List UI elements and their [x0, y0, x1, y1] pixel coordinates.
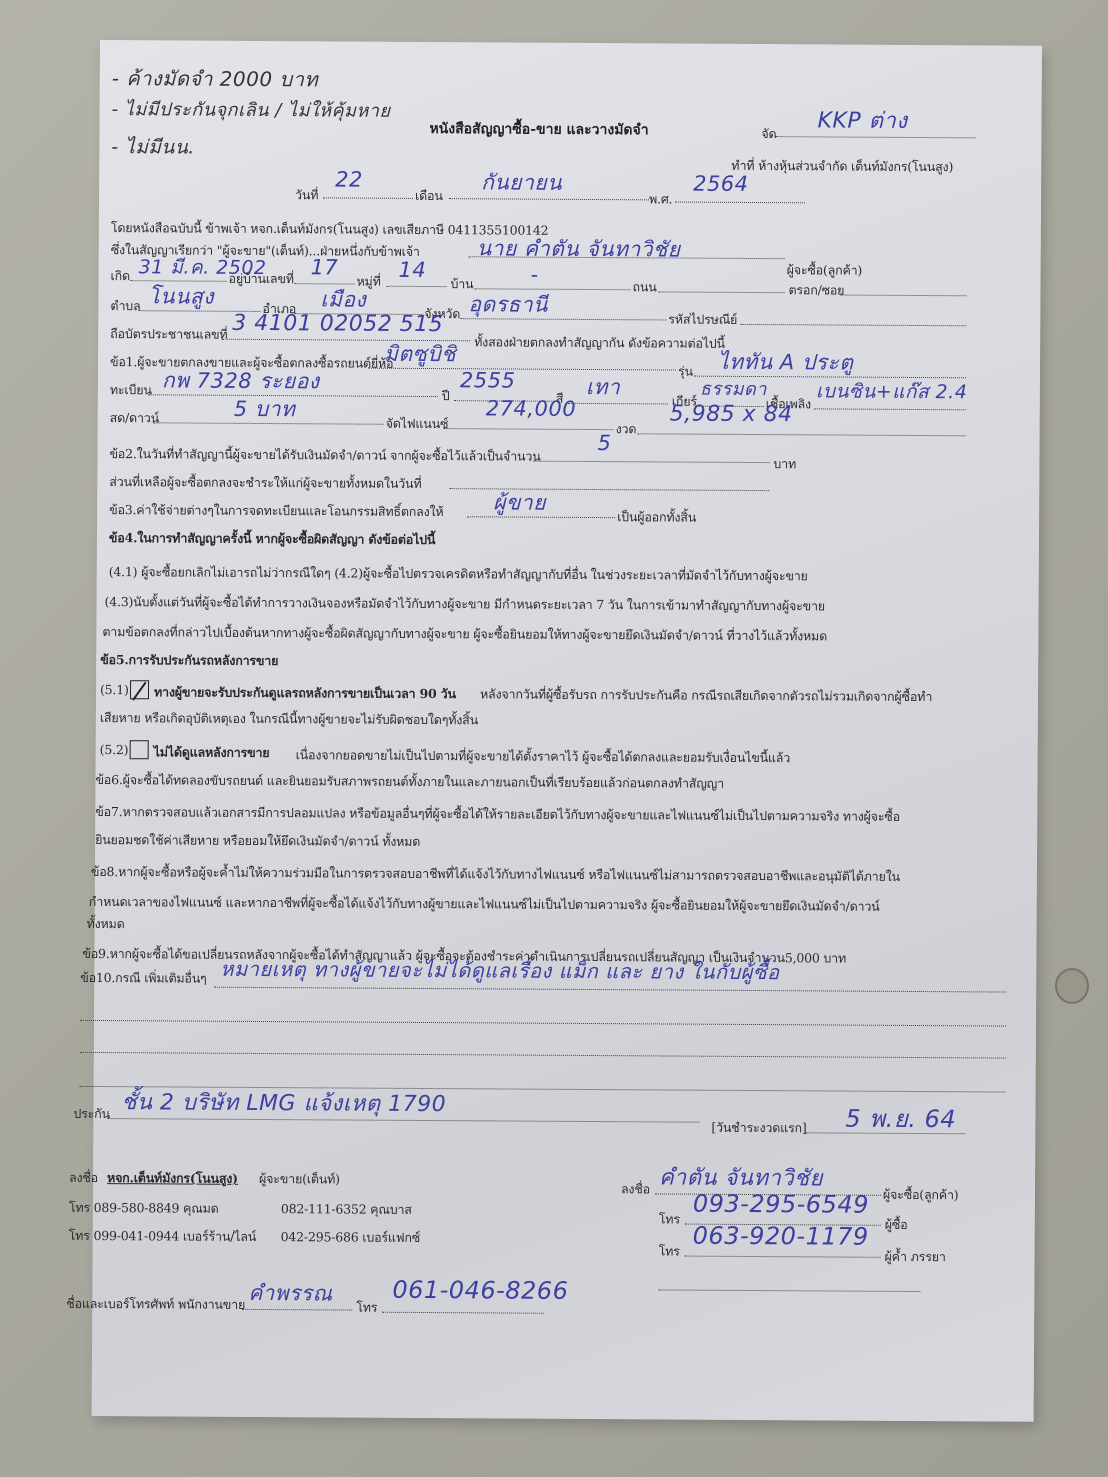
- note-line: - ค้างมัดจำ 2000 บาท: [112, 62, 318, 95]
- deposit-value[interactable]: 5: [597, 431, 611, 455]
- clause-7a: ข้อ7.หากตรวจสอบแล้วเอกสารมีการปลอมแปลง ห…: [95, 802, 900, 827]
- moo-value[interactable]: 14: [399, 258, 427, 282]
- house-label: อยู่บ้านเลขที่: [228, 269, 293, 289]
- insurance-value[interactable]: ชั้น 2 บริษัท LMG แจ้งเหตุ 1790: [121, 1084, 446, 1121]
- down-value[interactable]: 5 บาท: [234, 393, 296, 426]
- seller-sign-name: หจก.เต็นท์มังกร(โนนสูง): [107, 1168, 238, 1189]
- reg-label: ทะเบียน: [110, 380, 152, 400]
- fuel-value[interactable]: เบนซิน+แก๊ส 2.4: [816, 376, 968, 407]
- clause-10: ข้อ10.กรณี เพิ่มเติมอื่นๆ: [80, 968, 206, 989]
- gear-value[interactable]: ธรรมดา: [700, 374, 767, 403]
- clause-8c: ทั้งหมด: [87, 914, 125, 934]
- buyer-suffix: ผู้จะซื้อ(ลูกค้า): [787, 260, 863, 280]
- clause-3: ข้อ3.ค่าใช้จ่ายต่างๆในการจดทะเบียนและโอน…: [109, 500, 443, 522]
- wall-stain: [1055, 968, 1089, 1004]
- made-at: ทำที่ ห้างหุ้นส่วนจำกัด เต็นท์มังกร(โนนส…: [731, 156, 953, 177]
- day-value[interactable]: 22: [335, 167, 363, 191]
- note-line: - ไม่มีประกันจุกเลิน / ไม่ให้คุ้มหาย: [111, 94, 390, 125]
- year-value[interactable]: 2564: [693, 172, 749, 196]
- finance-value[interactable]: 274,000: [486, 396, 576, 421]
- color-value[interactable]: เทา: [586, 371, 621, 404]
- postal-label: รหัสไปรษณีย์: [668, 309, 737, 329]
- deposit-unit: บาท: [773, 454, 796, 474]
- agree-text: ทั้งสองฝ่ายตกลงทำสัญญากัน ดังข้อความต่อไ…: [474, 332, 725, 354]
- brand-value[interactable]: มิตซูบิชิ: [384, 338, 456, 371]
- tambon-label: ตำบล: [110, 296, 140, 316]
- first-due-label: [วันชำระงวดแรก]: [711, 1118, 806, 1139]
- dealer-value[interactable]: KKP ต่าง: [817, 102, 907, 138]
- clause-4: ข้อ4.ในการทำสัญญาครั้งนี้ หากผู้จะซื้อผิ…: [109, 528, 435, 550]
- guarantor-tel[interactable]: 063-920-1179: [693, 1222, 869, 1251]
- house-value[interactable]: 17: [311, 255, 339, 279]
- c5-2-checkbox[interactable]: [130, 740, 149, 759]
- c5-1-b: เสียหาย หรือเกิดอุบัติเหตุเอง ในกรณีนี้ท…: [100, 708, 478, 730]
- staff-name[interactable]: คำพรรณ: [248, 1277, 332, 1311]
- install-label: งวด: [616, 419, 637, 439]
- c5-2-number: (5.2): [100, 742, 129, 757]
- c5-2-rest: เนื่องจากยอดขายไม่เป็นไปตามที่ผู้จะขายได…: [296, 745, 791, 768]
- vehicle-year[interactable]: 2555: [460, 368, 516, 392]
- clause-4-3b: ตามข้อตกลงที่กล่าวไปเบื้องต้นหากทางผู้จะ…: [102, 622, 827, 646]
- guarantor-tel-label: โทร: [659, 1241, 680, 1261]
- clause-5: ข้อ5.การรับประกันรถหลังการขาย: [100, 650, 278, 671]
- clause-10-value[interactable]: หมายเหตุ ทางผู้ขายจะไม่ได้ดูแลเรื่อง แม็…: [220, 953, 779, 988]
- month-label: เดือน: [415, 186, 443, 206]
- staff-label: ชื่อและเบอร์โทรศัพท์ พนักงานขาย: [66, 1294, 245, 1315]
- clause-7b: ยินยอมชดใช้ค่าเสียหาย หรือยอมให้ยึดเงินม…: [95, 830, 420, 852]
- seller-sign-role: ผู้จะขาย(เต็นท์): [259, 1169, 340, 1189]
- c5-1-bold: ทางผู้ขายจะรับประกันดูแลรถหลังการขายเป็น…: [154, 682, 456, 704]
- model-label: รุ่น: [678, 362, 693, 382]
- finance-label: จัดไฟแนนซ์: [386, 414, 449, 434]
- clause-6: ข้อ6.ผู้จะซื้อได้ทดลองขับรถยนต์ และยินยอ…: [95, 770, 724, 794]
- clause-2b: ส่วนที่เหลือผู้จะซื้อตกลงจะชำระให้แก่ผู้…: [109, 472, 421, 494]
- document-title: หนังสือสัญญาซื้อ-ขาย และวางมัดจำ: [429, 118, 648, 141]
- seller-phone-3: โทร 099-041-0944 เบอร์ร้าน/ไลน์: [69, 1226, 257, 1247]
- clause-8a: ข้อ8.หากผู้จะซื้อหรือผู้จะค้ำไม่ให้ความร…: [91, 862, 900, 887]
- guarantor-role: ผู้ค้ำ ภรรยา: [885, 1247, 946, 1267]
- id-label: ถือบัตรประชาชนเลขที่: [110, 324, 227, 345]
- buyer-sign-label: ลงชื่อ: [621, 1179, 650, 1199]
- month-value[interactable]: กันยายน: [481, 166, 562, 199]
- clause-3-suffix: เป็นผู้ออกทั้งสิ้น: [617, 507, 696, 527]
- buyer-tel-label: โทร: [659, 1209, 680, 1229]
- province-value[interactable]: อุดรธานี: [468, 288, 548, 321]
- buyer-tel-1-role: ผู้ซื้อ: [885, 1215, 908, 1235]
- first-due-value[interactable]: 5 พ.ย. 64: [845, 1099, 956, 1139]
- clause-4-1: (4.1) ผู้จะซื้อยกเลิกไม่เอารถไม่ว่ากรณีใ…: [109, 562, 808, 586]
- note-line: - ไม่มีนน.: [111, 132, 195, 163]
- day-label: วันที่: [295, 185, 318, 205]
- year-label: ปี: [442, 386, 450, 406]
- c5-1-rest: หลังจากวันที่ผู้ซื้อรับรถ การรับประกันคื…: [480, 684, 932, 707]
- check-mark-icon: [132, 682, 146, 701]
- contract-paper: - ค้างมัดจำ 2000 บาท - ไม่มีประกันจุกเลิ…: [92, 40, 1042, 1422]
- c5-1-number: (5.1): [100, 682, 129, 697]
- seller-sign-label: ลงชื่อ: [69, 1168, 98, 1188]
- buyer-name[interactable]: นาย คำตัน จันทาวิชัย: [477, 232, 681, 266]
- dealer-label: จัด: [761, 124, 776, 144]
- buyer-sign-role: ผู้จะซื้อ(ลูกค้า): [883, 1185, 959, 1205]
- down-label: สด/ดาวน์: [110, 408, 159, 428]
- born-label: เกิด: [110, 266, 129, 286]
- insurance-label: ประกัน: [73, 1104, 110, 1124]
- road-label: ถนน: [632, 277, 656, 297]
- village-value[interactable]: -: [531, 263, 539, 287]
- clause-8b: กำหนดเวลาของไฟแนนซ์ และหากอาชีพที่ผู้จะซ…: [89, 892, 880, 917]
- c5-1-checkbox[interactable]: [130, 680, 149, 699]
- soi-label: ตรอก/ซอย: [788, 280, 844, 300]
- c5-2-bold: ไม่ได้ดูแลหลังการขาย: [154, 742, 270, 763]
- staff-tel-label: โทร: [356, 1298, 377, 1318]
- clause-4-3a: (4.3)นับตั้งแต่วันที่ผู้จะซื้อได้ทำการวา…: [105, 592, 825, 616]
- install-value[interactable]: 5,985 x 84: [670, 401, 793, 427]
- tambon-value[interactable]: โนนสูง: [148, 280, 214, 313]
- staff-tel[interactable]: 061-046-8266: [392, 1276, 568, 1305]
- seller-phone-4: 042-295-686 เบอร์แฟกซ์: [281, 1227, 421, 1248]
- year-label: พ.ศ.: [649, 189, 672, 209]
- seller-phone-1: โทร 089-580-8849 คุณมด: [69, 1198, 219, 1219]
- fee-payer[interactable]: ผู้ขาย: [493, 486, 546, 519]
- seller-phone-2: 082-111-6352 คุณบาส: [281, 1199, 412, 1220]
- clause-2a: ข้อ2.ในวันที่ทำสัญญานี้ผู้จะขายได้รับเงิ…: [109, 444, 540, 467]
- buyer-tel-1[interactable]: 093-295-6549: [693, 1190, 869, 1219]
- id-value[interactable]: 3 4101 02052 515: [232, 311, 443, 337]
